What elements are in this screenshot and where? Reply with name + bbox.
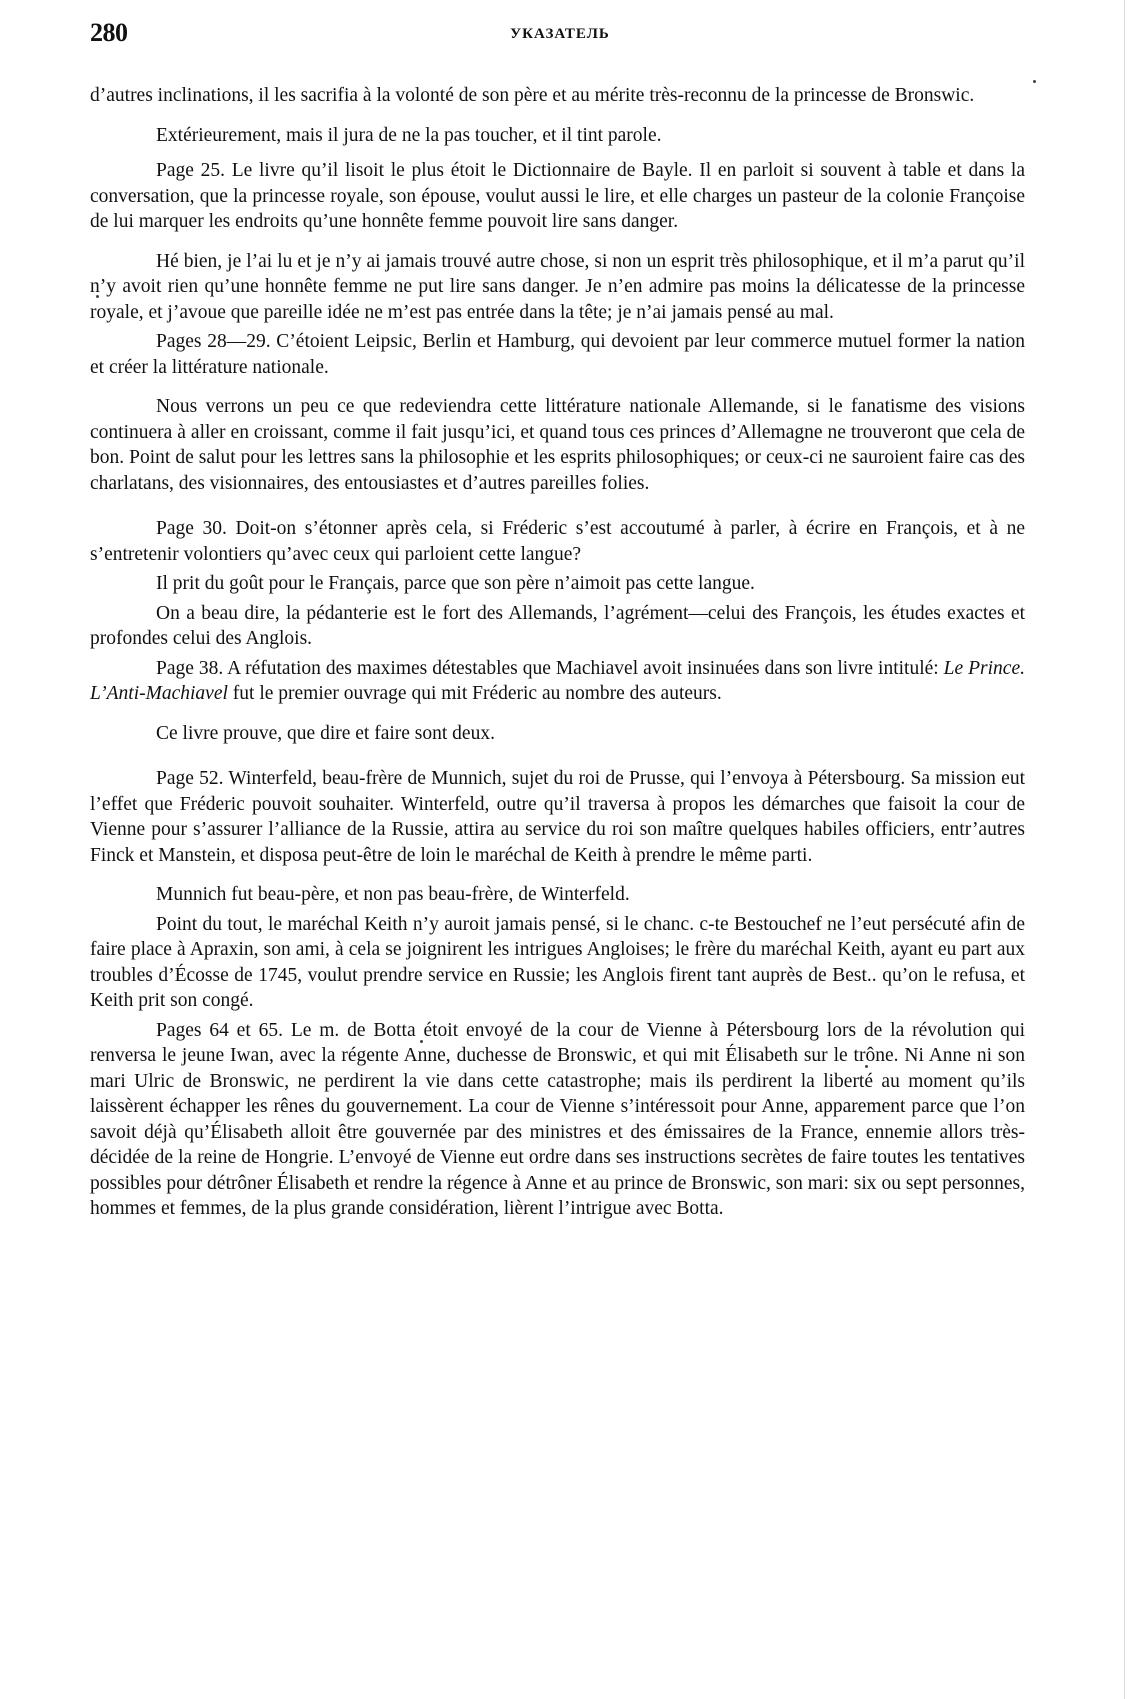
text-segment: fut le premier ouvrage qui mit Fréderic … (228, 683, 722, 704)
paragraph-note: Point du tout, le maréchal Keith n’y aur… (90, 912, 1025, 1014)
paragraph-note: Nous verrons un peu ce que redeviendra c… (90, 394, 1025, 496)
body-text: d’autres inclinations, il les sacrifia à… (90, 83, 1025, 1222)
book-page: 280 УКАЗАТЕЛЬ d’autres inclinations, il … (0, 0, 1140, 1699)
paragraph-pages-28-29: Pages 28—29. C’étoient Leipsic, Berlin e… (90, 329, 1025, 380)
paragraph-page-52: Page 52. Winterfeld, beau-frère de Munni… (90, 766, 1025, 868)
paragraph-note: Ce livre prouve, que dire et faire sont … (90, 721, 1025, 747)
scan-speck (865, 1065, 868, 1068)
scan-edge-line (1124, 0, 1125, 1699)
scan-speck (1033, 80, 1036, 83)
running-head: УКАЗАТЕЛЬ (90, 26, 1030, 43)
page-header: 280 УКАЗАТЕЛЬ (90, 18, 1030, 58)
paragraph-page-38: Page 38. A réfutation des maximes détest… (90, 656, 1025, 707)
paragraph-page-25: Page 25. Le livre qu’il lisoit le plus é… (90, 158, 1025, 235)
paragraph-note: Munnich fut beau-père, et non pas beau-f… (90, 882, 1025, 908)
paragraph-note: Il prit du goût pour le Français, parce … (90, 571, 1025, 597)
paragraph-continuation: d’autres inclinations, il les sacrifia à… (90, 83, 1025, 109)
paragraph-note: Hé bien, je l’ai lu et je n’y ai jamais … (90, 249, 1025, 326)
paragraph-note: On a beau dire, la pédanterie est le for… (90, 601, 1025, 652)
paragraph-note: Extérieurement, mais il jura de ne la pa… (90, 123, 1025, 149)
paragraph-pages-64-65: Pages 64 et 65. Le m. de Botta étoit env… (90, 1018, 1025, 1222)
scan-speck (96, 295, 99, 298)
text-segment: Page 38. A réfutation des maximes détest… (156, 658, 944, 679)
paragraph-page-30: Page 30. Doit-on s’étonner après cela, s… (90, 516, 1025, 567)
scan-speck (420, 1040, 423, 1043)
